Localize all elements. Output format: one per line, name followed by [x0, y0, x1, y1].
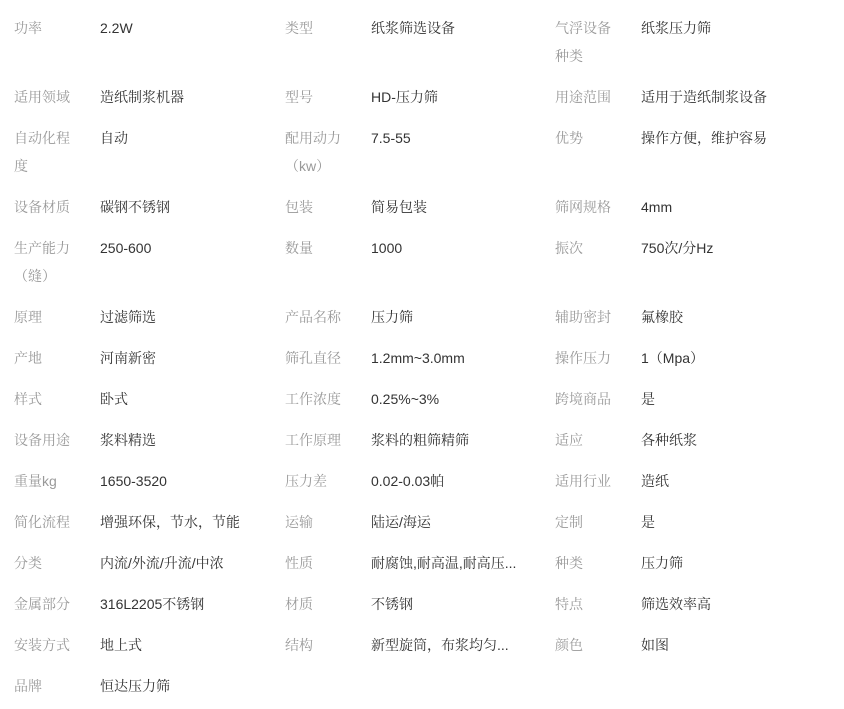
- spec-row: 产地 河南新密 筛孔直径 1.2mm~3.0mm 操作压力 1（Mpa）: [14, 344, 844, 372]
- spec-cell: 特点 筛选效率高: [555, 590, 844, 618]
- spec-label: 用途范围: [555, 83, 617, 111]
- spec-cell: 样式 卧式: [14, 385, 285, 413]
- spec-cell: 适用行业 造纸: [555, 467, 844, 495]
- spec-cell: 性质 耐腐蚀,耐高温,耐高压...: [285, 549, 555, 577]
- spec-row: 自动化程度 自动 配用动力（kw） 7.5-55 优势 操作方便，维护容易: [14, 124, 844, 180]
- spec-cell: 安装方式 地上式: [14, 631, 285, 659]
- spec-label: 辅助密封: [555, 303, 617, 331]
- spec-cell: 材质 不锈钢: [285, 590, 555, 618]
- spec-cell: 配用动力（kw） 7.5-55: [285, 124, 555, 180]
- spec-value: 地上式: [100, 631, 285, 659]
- spec-value: 卧式: [100, 385, 285, 413]
- spec-cell: 设备用途 浆料精选: [14, 426, 285, 454]
- spec-value: 浆料精选: [100, 426, 285, 454]
- spec-label: 类型: [285, 14, 347, 42]
- spec-value: 1（Mpa）: [641, 344, 844, 372]
- spec-label: 跨境商品: [555, 385, 617, 413]
- spec-cell: 用途范围 适用于造纸制浆设备: [555, 83, 844, 111]
- spec-value: 造纸制浆机器: [100, 83, 285, 111]
- spec-cell: 类型 纸浆筛选设备: [285, 14, 555, 70]
- spec-label: 设备材质: [14, 193, 76, 221]
- spec-cell: 工作浓度 0.25%~3%: [285, 385, 555, 413]
- spec-label: 种类: [555, 549, 617, 577]
- product-spec-table: 功率 2.2W 类型 纸浆筛选设备 气浮设备种类 纸浆压力筛 适用领域 造纸制浆…: [0, 0, 844, 700]
- spec-label: 品牌: [14, 672, 76, 700]
- spec-cell: 重量kg 1650-3520: [14, 467, 285, 495]
- spec-value: 316L2205不锈钢: [100, 590, 285, 618]
- spec-label: 样式: [14, 385, 76, 413]
- spec-value: 压力筛: [371, 303, 555, 331]
- spec-cell: 适应 各种纸浆: [555, 426, 844, 454]
- spec-label: 工作原理: [285, 426, 347, 454]
- spec-label: 材质: [285, 590, 347, 618]
- spec-cell: 颜色 如图: [555, 631, 844, 659]
- spec-label: 产品名称: [285, 303, 347, 331]
- spec-cell: 运输 陆运/海运: [285, 508, 555, 536]
- spec-cell: 自动化程度 自动: [14, 124, 285, 180]
- spec-label: 适应: [555, 426, 617, 454]
- spec-value: 各种纸浆: [641, 426, 844, 454]
- spec-label: 压力差: [285, 467, 347, 495]
- spec-cell: 定制 是: [555, 508, 844, 536]
- spec-cell: 优势 操作方便，维护容易: [555, 124, 844, 180]
- spec-cell: 结构 新型旋筒，布浆均匀...: [285, 631, 555, 659]
- spec-cell: 包装 简易包装: [285, 193, 555, 221]
- spec-value: 陆运/海运: [371, 508, 555, 536]
- spec-value: 自动: [100, 124, 285, 152]
- spec-cell: 筛孔直径 1.2mm~3.0mm: [285, 344, 555, 372]
- spec-cell: 辅助密封 氟橡胶: [555, 303, 844, 331]
- spec-cell: 金属部分 316L2205不锈钢: [14, 590, 285, 618]
- spec-cell: 功率 2.2W: [14, 14, 285, 70]
- spec-label: 特点: [555, 590, 617, 618]
- spec-label: 运输: [285, 508, 347, 536]
- spec-value: 1000: [371, 234, 555, 262]
- spec-label: 产地: [14, 344, 76, 372]
- spec-value: 1650-3520: [100, 467, 285, 495]
- spec-label: 数量: [285, 234, 347, 262]
- spec-row: 设备材质 碳钢不锈钢 包装 简易包装 筛网规格 4mm: [14, 193, 844, 221]
- spec-value: 250-600: [100, 234, 285, 262]
- spec-cell: 工作原理 浆料的粗筛精筛: [285, 426, 555, 454]
- spec-label: 气浮设备种类: [555, 14, 617, 70]
- spec-label: 生产能力（缝）: [14, 234, 76, 290]
- spec-value: 适用于造纸制浆设备: [641, 83, 844, 111]
- spec-row: 样式 卧式 工作浓度 0.25%~3% 跨境商品 是: [14, 385, 844, 413]
- spec-value: 如图: [641, 631, 844, 659]
- spec-value: 新型旋筒，布浆均匀...: [371, 631, 555, 659]
- spec-label: 筛孔直径: [285, 344, 347, 372]
- spec-label: 操作压力: [555, 344, 617, 372]
- spec-label: 包装: [285, 193, 347, 221]
- spec-label: 设备用途: [14, 426, 76, 454]
- spec-cell: 简化流程 增强环保，节水，节能: [14, 508, 285, 536]
- spec-value: 碳钢不锈钢: [100, 193, 285, 221]
- spec-value: 氟橡胶: [641, 303, 844, 331]
- spec-label: 型号: [285, 83, 347, 111]
- spec-label: 筛网规格: [555, 193, 617, 221]
- spec-value: 操作方便，维护容易: [641, 124, 844, 152]
- spec-value: 1.2mm~3.0mm: [371, 344, 555, 372]
- spec-row: 适用领域 造纸制浆机器 型号 HD-压力筛 用途范围 适用于造纸制浆设备: [14, 83, 844, 111]
- spec-cell: 设备材质 碳钢不锈钢: [14, 193, 285, 221]
- spec-value: 纸浆筛选设备: [371, 14, 555, 42]
- spec-cell: 产地 河南新密: [14, 344, 285, 372]
- spec-row: 原理 过滤筛选 产品名称 压力筛 辅助密封 氟橡胶: [14, 303, 844, 331]
- spec-row: 安装方式 地上式 结构 新型旋筒，布浆均匀... 颜色 如图: [14, 631, 844, 659]
- spec-row: 生产能力（缝） 250-600 数量 1000 振次 750次/分Hz: [14, 234, 844, 290]
- spec-label: 适用行业: [555, 467, 617, 495]
- spec-cell: 适用领域 造纸制浆机器: [14, 83, 285, 111]
- spec-value: 河南新密: [100, 344, 285, 372]
- spec-label: 功率: [14, 14, 76, 42]
- spec-value: 0.02-0.03帕: [371, 467, 555, 495]
- spec-label: 定制: [555, 508, 617, 536]
- spec-label: 结构: [285, 631, 347, 659]
- spec-value: 耐腐蚀,耐高温,耐高压...: [371, 549, 555, 577]
- spec-value: 2.2W: [100, 14, 285, 42]
- spec-cell: 压力差 0.02-0.03帕: [285, 467, 555, 495]
- spec-cell: 生产能力（缝） 250-600: [14, 234, 285, 290]
- spec-label: 性质: [285, 549, 347, 577]
- spec-row: 品牌 恒达压力筛: [14, 672, 844, 700]
- spec-label: 工作浓度: [285, 385, 347, 413]
- spec-cell: 气浮设备种类 纸浆压力筛: [555, 14, 844, 70]
- spec-cell: 分类 内流/外流/升流/中浓: [14, 549, 285, 577]
- spec-row: 设备用途 浆料精选 工作原理 浆料的粗筛精筛 适应 各种纸浆: [14, 426, 844, 454]
- spec-label: 适用领域: [14, 83, 76, 111]
- spec-label: 安装方式: [14, 631, 76, 659]
- spec-cell: 品牌 恒达压力筛: [14, 672, 285, 700]
- spec-cell: 操作压力 1（Mpa）: [555, 344, 844, 372]
- spec-value: 7.5-55: [371, 124, 555, 152]
- spec-row: 功率 2.2W 类型 纸浆筛选设备 气浮设备种类 纸浆压力筛: [14, 14, 844, 70]
- spec-value: 简易包装: [371, 193, 555, 221]
- spec-label: 自动化程度: [14, 124, 76, 180]
- spec-value: 是: [641, 508, 844, 536]
- spec-cell: 原理 过滤筛选: [14, 303, 285, 331]
- spec-value: 不锈钢: [371, 590, 555, 618]
- spec-cell: 型号 HD-压力筛: [285, 83, 555, 111]
- spec-value: 浆料的粗筛精筛: [371, 426, 555, 454]
- spec-label: 振次: [555, 234, 617, 262]
- spec-cell: 跨境商品 是: [555, 385, 844, 413]
- spec-label: 简化流程: [14, 508, 76, 536]
- spec-cell: 筛网规格 4mm: [555, 193, 844, 221]
- spec-value: 造纸: [641, 467, 844, 495]
- spec-value: 压力筛: [641, 549, 844, 577]
- spec-value: 内流/外流/升流/中浓: [100, 549, 285, 577]
- spec-label: 金属部分: [14, 590, 76, 618]
- spec-cell: 数量 1000: [285, 234, 555, 290]
- spec-value: 过滤筛选: [100, 303, 285, 331]
- spec-value: 是: [641, 385, 844, 413]
- spec-row: 简化流程 增强环保，节水，节能 运输 陆运/海运 定制 是: [14, 508, 844, 536]
- spec-value: 增强环保，节水，节能: [100, 508, 285, 536]
- spec-row: 重量kg 1650-3520 压力差 0.02-0.03帕 适用行业 造纸: [14, 467, 844, 495]
- spec-label: 配用动力（kw）: [285, 124, 347, 180]
- spec-row: 分类 内流/外流/升流/中浓 性质 耐腐蚀,耐高温,耐高压... 种类 压力筛: [14, 549, 844, 577]
- spec-value: 纸浆压力筛: [641, 14, 844, 42]
- spec-value: 750次/分Hz: [641, 234, 844, 262]
- spec-value: 0.25%~3%: [371, 385, 555, 413]
- spec-label: 重量kg: [14, 467, 76, 495]
- spec-row: 金属部分 316L2205不锈钢 材质 不锈钢 特点 筛选效率高: [14, 590, 844, 618]
- spec-label: 优势: [555, 124, 617, 152]
- spec-value: 筛选效率高: [641, 590, 844, 618]
- spec-label: 颜色: [555, 631, 617, 659]
- spec-value: 恒达压力筛: [100, 672, 285, 700]
- spec-cell: 种类 压力筛: [555, 549, 844, 577]
- spec-value: 4mm: [641, 193, 844, 221]
- spec-cell: 振次 750次/分Hz: [555, 234, 844, 290]
- spec-cell: 产品名称 压力筛: [285, 303, 555, 331]
- spec-value: HD-压力筛: [371, 83, 555, 111]
- spec-label: 分类: [14, 549, 76, 577]
- spec-label: 原理: [14, 303, 76, 331]
